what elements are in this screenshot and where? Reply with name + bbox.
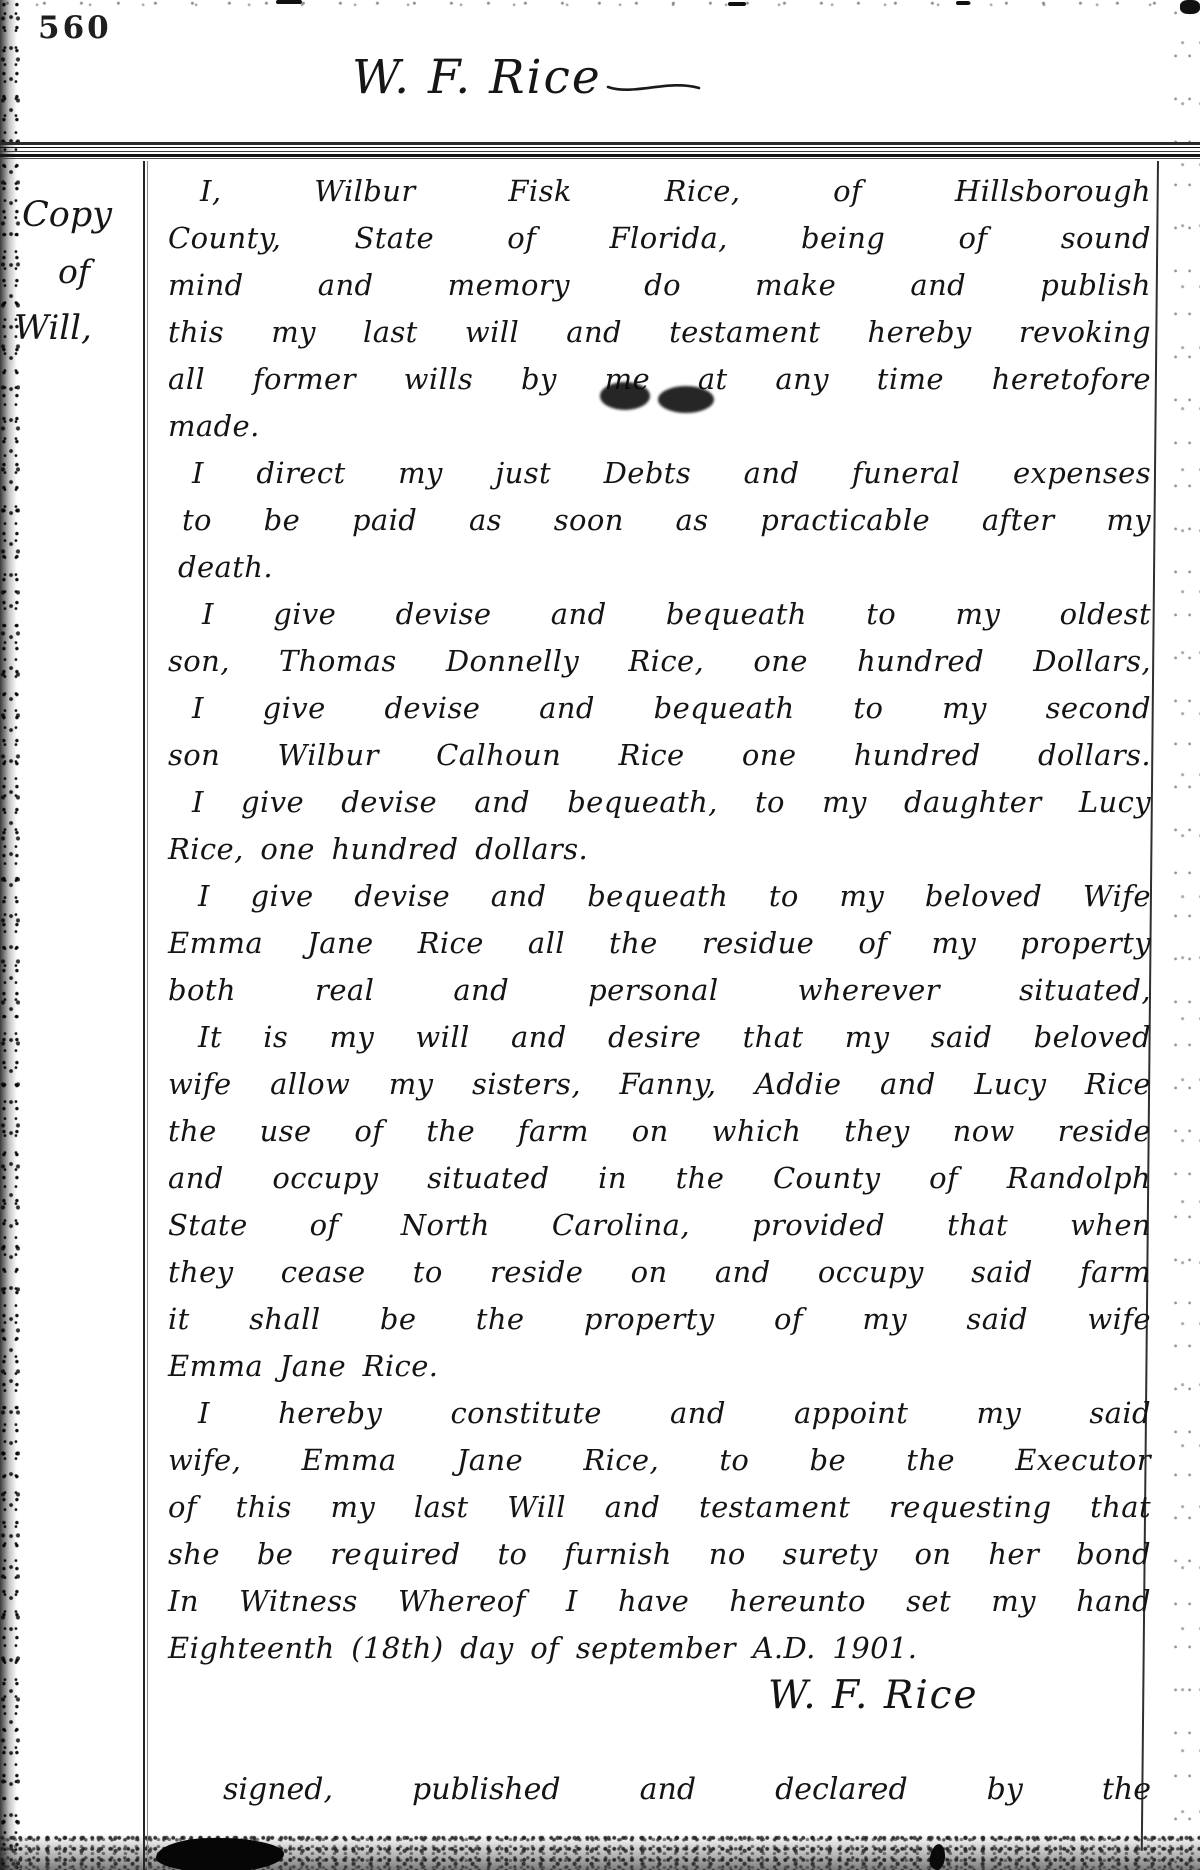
will-line: this my last will and testament hereby r… bbox=[168, 309, 1151, 356]
page-title: W. F. Rice bbox=[352, 50, 702, 105]
testator-signature: W. F. Rice bbox=[168, 1672, 1151, 1719]
margin-note-line: Copy bbox=[22, 195, 112, 235]
will-line: I direct my just Debts and funeral expen… bbox=[168, 450, 1151, 497]
will-line: wife allow my sisters, Fanny, Addie and … bbox=[168, 1061, 1151, 1108]
will-line: State of North Carolina, provided that w… bbox=[168, 1202, 1151, 1249]
attestation-line: signed, published and declared by the bbox=[168, 1766, 1151, 1813]
will-line: the use of the farm on which they now re… bbox=[168, 1108, 1151, 1155]
will-line: mind and memory do make and publish bbox=[168, 262, 1151, 309]
will-line: she be required to furnish no surety on … bbox=[168, 1531, 1151, 1578]
will-line: wife, Emma Jane Rice, to be the Executor bbox=[168, 1437, 1151, 1484]
margin-rule bbox=[143, 161, 150, 1870]
overink-smudge bbox=[658, 386, 714, 413]
will-line: I, Wilbur Fisk Rice, of Hillsborough bbox=[168, 168, 1151, 215]
will-line: son Wilbur Calhoun Rice one hundred doll… bbox=[168, 732, 1151, 779]
ink-blot-large bbox=[156, 1838, 284, 1870]
scan-speck bbox=[956, 1, 970, 5]
page-title-text: W. F. Rice bbox=[352, 50, 602, 105]
page-number: 560 bbox=[38, 10, 112, 46]
will-body: I, Wilbur Fisk Rice, of HillsboroughCoun… bbox=[168, 168, 1151, 1813]
will-line: I give devise and bequeath to my oldest bbox=[168, 591, 1151, 638]
overink-smudge bbox=[600, 382, 650, 410]
will-line: son, Thomas Donnelly Rice, one hundred D… bbox=[168, 638, 1151, 685]
will-line: Emma Jane Rice. bbox=[168, 1343, 1151, 1390]
blank-line bbox=[168, 1719, 1151, 1766]
will-line: I give devise and bequeath, to my daught… bbox=[168, 779, 1151, 826]
will-line: it shall be the property of my said wife bbox=[168, 1296, 1151, 1343]
will-line: In Witness Whereof I have hereunto set m… bbox=[168, 1578, 1151, 1625]
will-line: I give devise and bequeath to my second bbox=[168, 685, 1151, 732]
will-line: and occupy situated in the County of Ran… bbox=[168, 1155, 1151, 1202]
scanned-will-page: { "page": { "number": "560", "title": "W… bbox=[0, 0, 1200, 1870]
will-line: both real and personal wherever situated… bbox=[168, 967, 1151, 1014]
scan-edge-right bbox=[1170, 0, 1200, 1870]
will-line: made. bbox=[168, 403, 1151, 450]
will-line: Eighteenth (18th) day of september A.D. … bbox=[168, 1625, 1151, 1672]
will-line: County, State of Florida, being of sound bbox=[168, 215, 1151, 262]
will-line: to be paid as soon as practicable after … bbox=[168, 497, 1151, 544]
will-line: I give devise and bequeath to my beloved… bbox=[168, 873, 1151, 920]
scan-edge-top bbox=[0, 0, 1200, 8]
will-line: death. bbox=[168, 544, 1151, 591]
will-line: they cease to reside on and occupy said … bbox=[168, 1249, 1151, 1296]
will-line: Rice, one hundred dollars. bbox=[168, 826, 1151, 873]
scan-speck bbox=[276, 0, 302, 4]
scan-edge-left bbox=[0, 0, 20, 1870]
will-line: of this my last Will and testament reque… bbox=[168, 1484, 1151, 1531]
will-line: It is my will and desire that my said be… bbox=[168, 1014, 1151, 1061]
will-line: I hereby constitute and appoint my said bbox=[168, 1390, 1151, 1437]
margin-note-line: Will, bbox=[14, 308, 92, 348]
title-flourish-icon bbox=[606, 77, 702, 97]
margin-note-line: of bbox=[58, 252, 90, 291]
will-line: Emma Jane Rice all the residue of my pro… bbox=[168, 920, 1151, 967]
scan-speck bbox=[728, 2, 746, 6]
scan-speck bbox=[1180, 0, 1200, 14]
header-rule bbox=[0, 142, 1200, 161]
